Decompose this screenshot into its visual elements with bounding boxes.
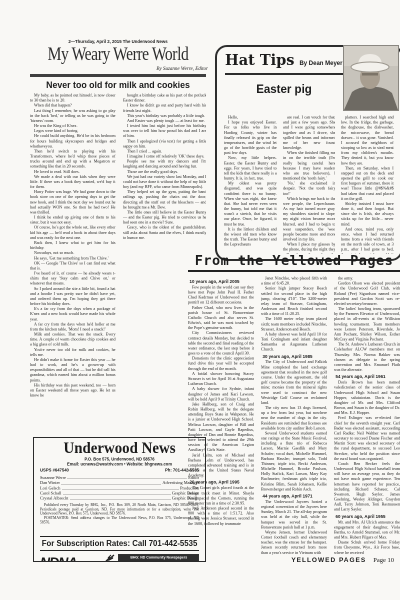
postmaster-note: POSTMASTER: Send address changes to The … bbox=[40, 516, 199, 525]
logo-row: NDNA NORTH DAKOTA NEWSPAPER ASSOCIATION … bbox=[40, 554, 199, 562]
wheat-sheaf-icon bbox=[94, 554, 116, 562]
ndna-acronym: NDNA bbox=[40, 554, 76, 562]
weary-paragraph: He could build anything. He'd be in his … bbox=[30, 133, 116, 148]
easter-pig-headline: Easter pig bbox=[225, 84, 343, 96]
subscription-banner: For Subscription Rates: Call 701-442-553… bbox=[40, 536, 199, 551]
ndna-logo: NDNA NORTH DAKOTA NEWSPAPER ASSOCIATION bbox=[40, 554, 118, 562]
weary-paragraph: So I poked around the site a little bit,… bbox=[30, 286, 116, 306]
yellowed-item: The 1600 meter relay team placed sixth; … bbox=[261, 317, 327, 332]
hat-tips-text-columns: Hello,I hope you enjoyed Easter. For us … bbox=[224, 115, 394, 254]
yellowed-item: Several Underwood students earned star r… bbox=[261, 431, 327, 492]
hat-paragraph: It is the littlest children and the wise… bbox=[224, 227, 277, 247]
weary-werre-world-column: My Weary Werre World By Suzanne Werre, E… bbox=[28, 44, 208, 429]
hat-paragraph: Which brings me back to the wee people, … bbox=[283, 196, 336, 242]
weary-paragraph: He says, 'Get me something from The Chiv… bbox=[30, 255, 116, 260]
yellowed-col-2: Janet Nitschke, who placed fifth with a … bbox=[261, 276, 327, 574]
hat-paragraph: Shirley insisted I must have done it, an… bbox=[341, 201, 394, 226]
hat-paragraph: Now, my little helpers. Easter, the East… bbox=[224, 156, 277, 181]
yellowed-item: Janet Nitschke, who placed fifth with a … bbox=[261, 276, 327, 286]
yellowed-pages-columns: 10 years ago, April 2005Few people in th… bbox=[188, 276, 400, 574]
column-masthead-title: My Weary Werre World bbox=[44, 44, 192, 66]
weary-paragraph: It's a far cry from the days when a pack… bbox=[30, 306, 116, 321]
weary-paragraph: The little ones still believe in the Eas… bbox=[123, 209, 207, 224]
phone-number: Ph: 701-442-5535 bbox=[165, 468, 199, 473]
masthead-title: Underwood News bbox=[43, 441, 196, 457]
hat-paragraph: My oldest was pretty disgusted, and was … bbox=[224, 181, 277, 227]
weary-paragraph: Then I cried ... again. bbox=[123, 148, 207, 153]
yellowed-item: Wayne Jensen, former Underwood Comet foo… bbox=[261, 530, 327, 555]
weary-paragraph: Of course, he's got the whole set, like … bbox=[30, 225, 116, 240]
weary-paragraph: His birthday was this past weekend, too … bbox=[30, 382, 116, 397]
bhg-community-box: BHG: ND Community Newspapers facebook bbox=[118, 554, 200, 562]
staff-list: Suzanne WerreEditorDan WinterAdvertising… bbox=[40, 475, 199, 502]
weary-headline: Never too old for milk and cookies bbox=[28, 80, 208, 90]
yellowed-item: Coach Ben Becker feels the Underwood Hig… bbox=[334, 461, 400, 512]
hat-tips-title: Hat Tips bbox=[225, 52, 294, 69]
weary-paragraph: bought a birthday cake as his part of th… bbox=[123, 93, 207, 103]
weary-paragraph: This year's birthday was probably a litt… bbox=[123, 113, 207, 118]
yellowed-item: A baby shower for Sydnie, infant daughte… bbox=[188, 387, 254, 402]
weary-paragraph: Nowadays, not so much. bbox=[30, 250, 116, 255]
weary-paragraph: You're never too old for milk and cookie… bbox=[30, 347, 116, 357]
yellowed-item: The city now has 13 dogs licensed, up a … bbox=[261, 406, 327, 431]
staff-row: Crystal AlbrechtGraphic Design bbox=[40, 496, 199, 501]
weary-paragraph: Those are the really good days. bbox=[123, 169, 207, 174]
published-note: Published every Thursday by BHG, Inc., P… bbox=[40, 503, 199, 516]
weary-paragraph: OK — Google 'The Chive' so I can find ou… bbox=[30, 260, 116, 270]
weary-paragraph: Then he'd switch to playing with his Tra… bbox=[30, 148, 116, 168]
hat-col-2: are real. I can vouch for that, and just… bbox=[283, 115, 336, 254]
yellowed-pages-section: From the Yellowed Pages 10 years ago, Ap… bbox=[188, 253, 400, 574]
hat-paragraph: I hope you enjoyed Easter. For us folks … bbox=[224, 120, 277, 156]
yellowed-item: 44 years ago, April 1971 bbox=[261, 493, 327, 498]
weary-paragraph: Harry Potter was huge. We had gone down … bbox=[30, 189, 116, 214]
masthead-contact: Email: ucnews@westriv.com • Website: bhg… bbox=[40, 462, 199, 467]
weary-paragraph: I texted him last night just before his … bbox=[123, 123, 207, 138]
yellowed-pages-title: From the Yellowed Pages bbox=[188, 253, 400, 272]
yellowed-item: Senior high jumper Stacey Beach settled … bbox=[261, 286, 327, 317]
weary-paragraph: They helped set up the gym, putting the … bbox=[123, 189, 207, 209]
weary-paragraph: Last thing I remember, he was asking to … bbox=[30, 108, 116, 123]
hat-paragraph: are real. I can vouch for that, and just… bbox=[283, 115, 336, 151]
weary-paragraph: And Easter was plenty tough — at least f… bbox=[123, 118, 207, 123]
yellowed-item: Few people in the world can say they hav… bbox=[188, 285, 254, 305]
hat-tips-box: Hat TipsBy Dean Meyer Easter pig Hello,I… bbox=[215, 45, 400, 261]
weary-paragraph: I know he didn't go out and party hard w… bbox=[123, 103, 207, 113]
weary-paragraph: Back then, I knew what to get him for hi… bbox=[30, 240, 116, 250]
weary-paragraph: He didn't make it home for Easter this y… bbox=[30, 357, 116, 382]
publication-notes: Published every Thursday by BHG, Inc., P… bbox=[40, 503, 199, 534]
hat-paragraph: Then, on Saturday, when I stepped out on… bbox=[341, 166, 394, 202]
weary-paragraph: We made a deal with our kids when they w… bbox=[30, 174, 116, 189]
hat-paragraph: platters. I searched high and low. In th… bbox=[341, 115, 394, 166]
yellowed-item: Mr. and Mrs. Al Ulrich announce the enga… bbox=[334, 520, 400, 540]
yellowed-item: 30 years ago, April 1985 bbox=[261, 354, 327, 359]
hat-tips-header: Hat TipsBy Dean Meyer bbox=[225, 49, 343, 75]
yellowed-item: A baby shower was held April 10 for Toni… bbox=[261, 332, 327, 352]
weary-paragraph: When did that happen? bbox=[30, 103, 116, 108]
weary-paragraph: A far cry from the days when he'd holler… bbox=[30, 321, 116, 331]
hat-paragraph: And once, mind you, only once, when I ha… bbox=[341, 227, 394, 254]
yellowed-item: City Commissioners reviewed contract det… bbox=[188, 331, 254, 356]
yellowed-item: The Underwood Jaycees hosted a regional … bbox=[261, 499, 327, 530]
masthead-rule bbox=[30, 74, 206, 77]
yellowed-item: Doris Brown has been named valedictorian… bbox=[334, 380, 400, 416]
man-in-cowboy-hat-photo bbox=[344, 46, 398, 110]
weary-paragraph: I've heard of it, of course — he already… bbox=[30, 271, 116, 286]
weary-paragraph: Then I apologized (via text) for getting… bbox=[123, 138, 207, 148]
hat-col-1: Hello,I hope you enjoyed Easter. For us … bbox=[224, 115, 277, 254]
weary-paragraph: He was the King of K'nex. bbox=[30, 123, 116, 128]
yellowed-item: Fred Eslinger was re-elected fire chief … bbox=[334, 416, 400, 462]
yellowed-item: Father Chad, who now lives in the parish… bbox=[188, 305, 254, 330]
weary-paragraph: He loved to read. Still does. bbox=[30, 169, 116, 174]
weary-paragraph: My baby, as he pointed out himself, is n… bbox=[30, 93, 116, 103]
weary-paragraph: People see me with my dancers and I'm la… bbox=[123, 159, 207, 169]
yellowed-item: 60 years ago, April 1955 bbox=[334, 514, 400, 519]
yellowed-item: Donations for the clinic appreciation fu… bbox=[188, 356, 254, 371]
usps-phone-row: USPS #647540 Ph: 701-442-5535 bbox=[40, 468, 199, 474]
weary-text-columns: My baby, as he pointed out himself, is n… bbox=[28, 93, 208, 429]
weary-paragraph: I imagine I come off relatively 'OK' the… bbox=[123, 154, 207, 159]
jump-page-number: Page 10 bbox=[373, 557, 394, 564]
yellowed-item: 10 years ago, April 2005 bbox=[188, 279, 254, 284]
yellowed-item: A bridal shower honoring Stacey Strasser… bbox=[188, 371, 254, 386]
bhg-body: facebook bbox=[119, 561, 199, 562]
hat-tips-byline: By Dean Meyer bbox=[299, 61, 342, 67]
bhg-label-bar: BHG: ND Community Newspapers bbox=[119, 555, 199, 561]
weary-paragraph: Legos were kind of boring. bbox=[30, 128, 116, 133]
hat-paragraph: 'No,' she exclaimed in despair. 'Not the… bbox=[283, 181, 336, 196]
weary-col-1: My baby, as he pointed out himself, is n… bbox=[30, 93, 116, 429]
yellowed-item: Gordon Olson was elected president of th… bbox=[334, 281, 400, 306]
hat-paragraph: When she finished filling me in on the t… bbox=[283, 151, 336, 182]
yellowed-item: 54 years ago, April 1961 bbox=[334, 374, 400, 379]
usps-number: USPS #647540 bbox=[40, 468, 69, 473]
column-byline: By Suzanne Werre, Editor bbox=[28, 66, 208, 74]
columnist-photo bbox=[343, 45, 399, 111]
weary-paragraph: Gracy, who is the oldest of the grandchi… bbox=[123, 225, 207, 240]
yellowed-item: The ladies' bowling team, sponsored by t… bbox=[334, 307, 400, 343]
weary-paragraph: Milk and cookies. That was the snack. Ev… bbox=[30, 332, 116, 347]
yellowed-item: Duane Schuh arrived home Friday from Che… bbox=[334, 540, 400, 555]
hat-col-3: platters. I searched high and low. In th… bbox=[341, 115, 394, 254]
masthead-box: Underwood News P.O. Box 575, Underwood, … bbox=[33, 437, 206, 562]
weary-col-2: bought a birthday cake as his part of th… bbox=[123, 93, 207, 253]
weary-paragraph: I think he ended up giving one of them t… bbox=[30, 215, 116, 225]
yellowed-item: The City of Underwood and Falkirk Mine c… bbox=[261, 360, 327, 406]
yellowed-col-3: the army.Gordon Olson was elected presid… bbox=[334, 276, 400, 574]
continued-jump-line: YELLOWED PAGES Page 10 bbox=[291, 557, 394, 564]
yellowed-item: The St. Andrew's Lutheran Church in Cole… bbox=[334, 342, 400, 373]
weary-paragraph: We just had our variety show last Monday… bbox=[123, 174, 207, 189]
newspaper-page: 2—Thursday, April 2, 2015 The Underwood … bbox=[0, 0, 400, 600]
jump-label: YELLOWED PAGES bbox=[291, 557, 366, 564]
